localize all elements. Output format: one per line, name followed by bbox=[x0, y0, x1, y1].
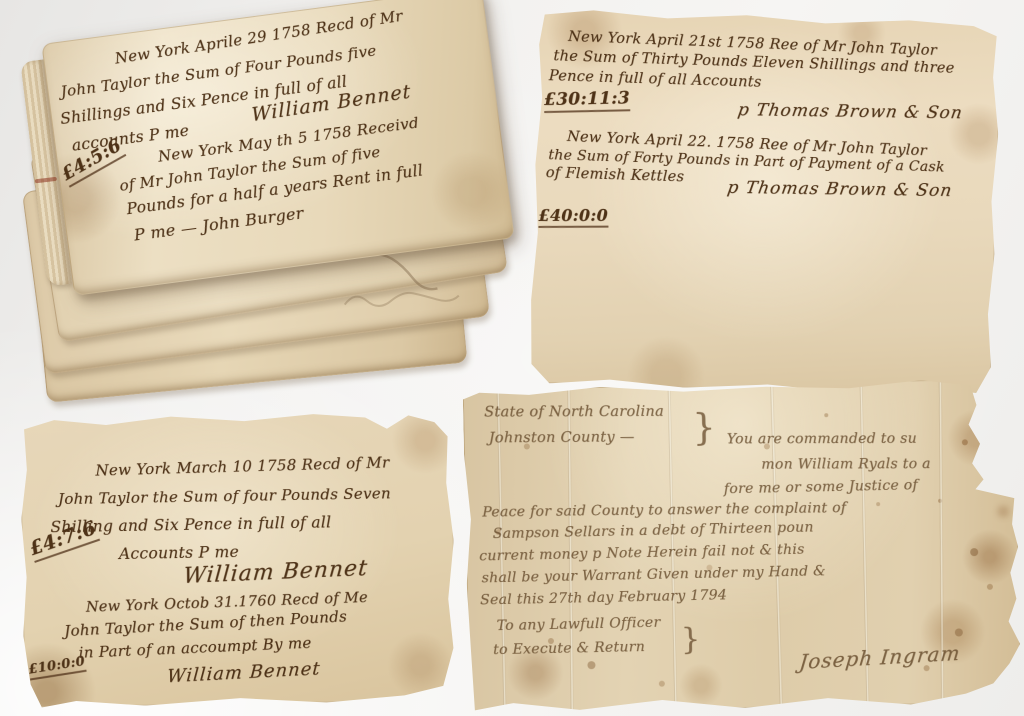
brace-mark: } bbox=[681, 622, 701, 657]
handwriting-line: Seal this 27th day February 1794 bbox=[480, 587, 727, 608]
amount-figure: £10:0:0 bbox=[28, 654, 87, 681]
bennet-receipt: New York March 10 1758 Recd of Mr John T… bbox=[20, 410, 457, 707]
handwriting-line: fore me or some Justice of bbox=[724, 477, 918, 497]
handwriting-line: current money p Note Herein fail not & t… bbox=[479, 542, 805, 565]
handwriting-line: of Flemish Kettles bbox=[546, 165, 685, 185]
amount-figure: £30:11:3 bbox=[544, 88, 630, 113]
signature-text: p Thomas Brown & Son bbox=[736, 100, 964, 123]
amount-figure: £40:0:0 bbox=[538, 206, 608, 228]
photo-backdrop: New York Aprile 29 1758 Recd of Mr John … bbox=[0, 0, 1024, 716]
handwriting-line: You are commanded to su bbox=[727, 431, 917, 448]
handwriting-line: Johnston County — bbox=[489, 429, 635, 446]
handwriting-line: Accounts P me bbox=[119, 543, 239, 563]
handwriting-line: Sampson Sellars in a debt of Thirteen po… bbox=[493, 519, 814, 542]
receipt-stack: New York Aprile 29 1758 Recd of Mr John … bbox=[0, 0, 540, 432]
handwriting-line: mon William Ryals to a bbox=[761, 456, 930, 473]
spine-red-mark bbox=[35, 177, 57, 184]
handwriting-line: to Execute & Return bbox=[493, 639, 645, 658]
handwriting-line: New York March 10 1758 Recd of Mr bbox=[95, 453, 389, 479]
handwriting-line: in Part of an accoumpt By me bbox=[78, 634, 312, 662]
brown-receipts-sheet: New York April 21st 1758 Ree of Mr John … bbox=[526, 7, 1002, 397]
handwriting-line: shall be your Warrant Given under my Han… bbox=[481, 563, 825, 586]
handwriting-line: Pence in full of all Accounts bbox=[549, 68, 762, 91]
handwriting-line: Peace for said County to answer the comp… bbox=[482, 500, 846, 520]
handwriting-line: John Taylor the Sum of four Pounds Seven bbox=[58, 484, 391, 508]
signature-text: William Bennet bbox=[166, 658, 321, 687]
brace-mark: } bbox=[692, 408, 716, 449]
handwriting-line: State of North Carolina bbox=[484, 404, 664, 421]
carolina-warrant: State of North Carolina Johnston County … bbox=[463, 378, 1022, 713]
handwriting-line: To any Lawfull Officer bbox=[496, 615, 660, 634]
signature-text: Joseph Ingram bbox=[798, 641, 961, 674]
signature-text: p Thomas Brown & Son bbox=[726, 178, 954, 201]
